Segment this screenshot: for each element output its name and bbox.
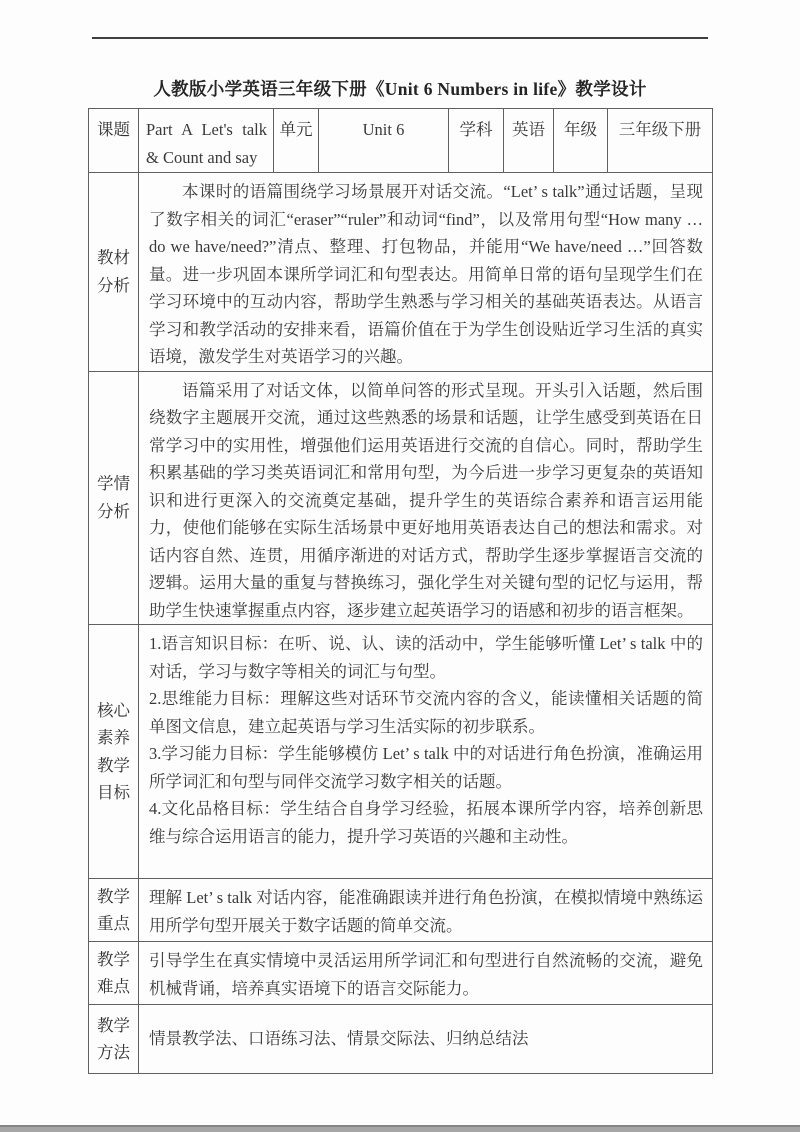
info-row: 课题 Part A Let's talk & Count and say 单元 … bbox=[89, 109, 713, 173]
material-analysis-text: 本课时的语篇围绕学习场景展开对话交流。“Let’ s talk”通过话题，呈现了… bbox=[149, 178, 703, 371]
material-analysis-row: 教材 分析 本课时的语篇围绕学习场景展开对话交流。“Let’ s talk”通过… bbox=[89, 173, 713, 372]
learner-analysis-text: 语篇采用了对话文体，以简单问答的形式呈现。开头引入话题，然后围绕数字主题展开交流… bbox=[149, 377, 703, 625]
page-header-rule bbox=[92, 37, 708, 39]
difficulties-label: 教学 难点 bbox=[89, 942, 139, 1005]
key-points-text-cell: 理解 Let’ s talk 对话内容，能准确跟读并进行角色扮演，在模拟情境中熟… bbox=[139, 879, 713, 942]
methods-row: 教学 方法 情景教学法、口语练习法、情景交际法、归纳总结法 bbox=[89, 1005, 713, 1074]
methods-text-cell: 情景教学法、口语练习法、情景交际法、归纳总结法 bbox=[139, 1005, 713, 1074]
grade-label: 年级 bbox=[554, 109, 608, 173]
subject-label: 学科 bbox=[449, 109, 504, 173]
topic-label: 课题 bbox=[89, 109, 139, 173]
core-goals-text-cell: 1.语言知识目标：在听、说、认、读的活动中，学生能够听懂 Let’ s talk… bbox=[139, 625, 713, 879]
subject-value: 英语 bbox=[504, 109, 554, 173]
goal-item-1: 1.语言知识目标：在听、说、认、读的活动中，学生能够听懂 Let’ s talk… bbox=[149, 630, 703, 685]
lesson-plan-table: 课题 Part A Let's talk & Count and say 单元 … bbox=[88, 108, 713, 1074]
key-points-row: 教学 重点 理解 Let’ s talk 对话内容，能准确跟读并进行角色扮演，在… bbox=[89, 879, 713, 942]
goal-item-4: 4.文化品格目标：学生结合自身学习经验，拓展本课所学内容，培养创新思维与综合运用… bbox=[149, 795, 703, 850]
learner-analysis-label: 学情 分析 bbox=[89, 371, 139, 625]
learner-analysis-row: 学情 分析 语篇采用了对话文体，以简单问答的形式呈现。开头引入话题，然后围绕数字… bbox=[89, 371, 713, 625]
difficulties-text: 引导学生在真实情境中灵活运用所学词汇和句型进行自然流畅的交流，避免机械背诵，培养… bbox=[149, 947, 703, 1002]
bottom-edge-bar bbox=[0, 1125, 800, 1132]
goal-item-3: 3.学习能力目标：学生能够模仿 Let’ s talk 中的对话进行角色扮演，准… bbox=[149, 740, 703, 795]
learner-analysis-text-cell: 语篇采用了对话文体，以简单问答的形式呈现。开头引入话题，然后围绕数字主题展开交流… bbox=[139, 371, 713, 625]
key-points-text: 理解 Let’ s talk 对话内容，能准确跟读并进行角色扮演，在模拟情境中熟… bbox=[149, 884, 703, 939]
difficulties-text-cell: 引导学生在真实情境中灵活运用所学词汇和句型进行自然流畅的交流，避免机械背诵，培养… bbox=[139, 942, 713, 1005]
key-points-label: 教学 重点 bbox=[89, 879, 139, 942]
methods-text: 情景教学法、口语练习法、情景交际法、归纳总结法 bbox=[149, 1025, 703, 1053]
unit-label: 单元 bbox=[274, 109, 319, 173]
core-goals-row: 核心 素养 教学 目标 1.语言知识目标：在听、说、认、读的活动中，学生能够听懂… bbox=[89, 625, 713, 879]
goal-item-2: 2.思维能力目标：理解这些对话环节交流内容的含义，能读懂相关话题的简单图文信息，… bbox=[149, 685, 703, 740]
material-analysis-text-cell: 本课时的语篇围绕学习场景展开对话交流。“Let’ s talk”通过话题，呈现了… bbox=[139, 173, 713, 372]
core-goals-label: 核心 素养 教学 目标 bbox=[89, 625, 139, 879]
document-title: 人教版小学英语三年级下册《Unit 6 Numbers in life》教学设计 bbox=[0, 76, 800, 101]
material-analysis-label: 教材 分析 bbox=[89, 173, 139, 372]
methods-label: 教学 方法 bbox=[89, 1005, 139, 1074]
grade-value: 三年级下册 bbox=[608, 109, 713, 173]
topic-value: Part A Let's talk & Count and say bbox=[139, 109, 274, 173]
unit-value: Unit 6 bbox=[319, 109, 449, 173]
difficulties-row: 教学 难点 引导学生在真实情境中灵活运用所学词汇和句型进行自然流畅的交流，避免机… bbox=[89, 942, 713, 1005]
